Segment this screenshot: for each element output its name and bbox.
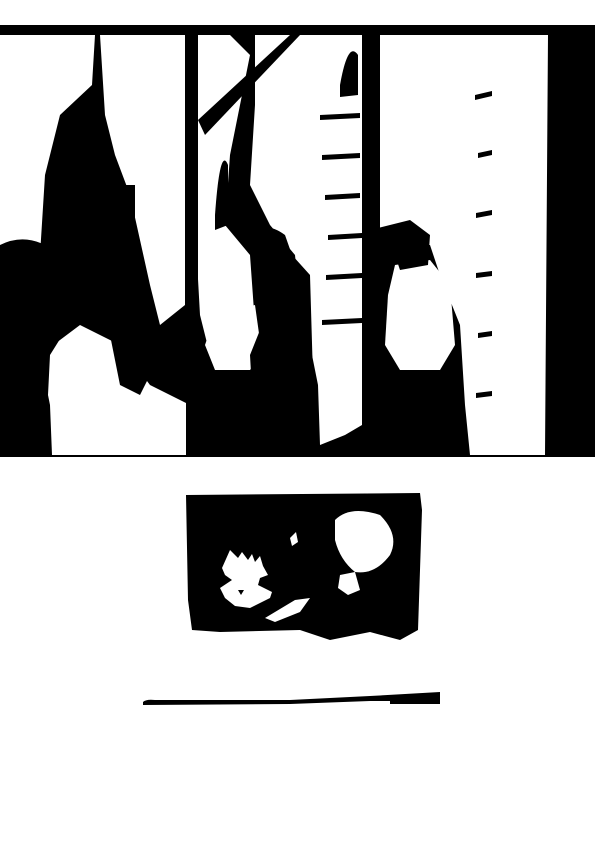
- cat-face-image: [180, 480, 440, 645]
- page: [0, 0, 595, 842]
- brush-stroke-shape: [140, 688, 445, 710]
- street-scene-image: [0, 25, 595, 457]
